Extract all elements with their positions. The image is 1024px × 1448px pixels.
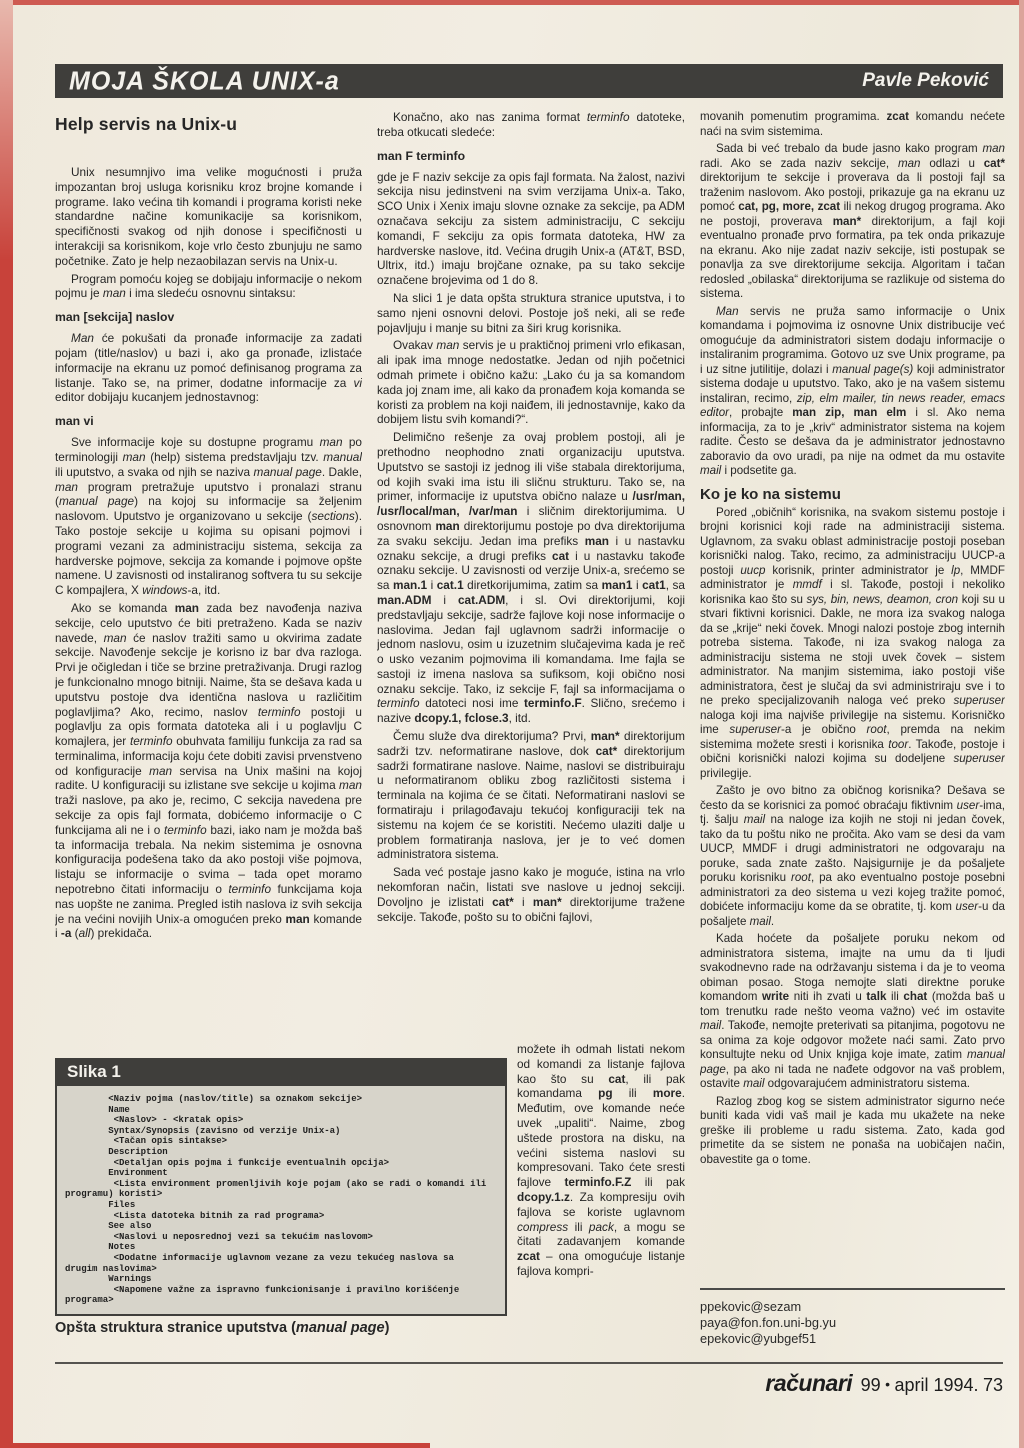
article-title: Help servis na Unix-u	[55, 114, 362, 135]
paragraph: gde je F naziv sekcije za opis fajl form…	[377, 170, 685, 288]
paragraph: Na slici 1 je data opšta struktura stran…	[377, 291, 685, 335]
magazine-name: računari	[765, 1370, 852, 1396]
paragraph: Pored „običnih“ korisnika, na svakom sis…	[700, 506, 1005, 782]
column-right: movanih pomenutim programima. zcat koman…	[700, 110, 1005, 1288]
contact-email: paya@fon.fon.uni-bg.yu	[700, 1315, 1005, 1331]
command-line: man vi	[55, 414, 362, 428]
contact-email: ppekovic@sezam	[700, 1299, 1005, 1315]
command-line: man F terminfo	[377, 149, 685, 163]
paragraph: Sada bi već trebalo da bude jasno kako p…	[700, 142, 1005, 302]
paragraph: Opšta struktura stranice uputstva (manua…	[55, 1320, 555, 1337]
page-edge-right	[1019, 0, 1024, 1448]
issue-number: 99	[861, 1375, 881, 1395]
page-edge-left	[0, 0, 13, 1448]
author-contacts: ppekovic@sezampaya@fon.fon.uni-bg.yuepek…	[700, 1288, 1005, 1347]
paragraph: Unix nesumnjivo ima velike mogućnosti i …	[55, 165, 362, 269]
command-line: man [sekcija] naslov	[55, 310, 362, 324]
contact-email: epekovic@yubgef51	[700, 1331, 1005, 1347]
page-edge-bottom	[0, 1443, 430, 1448]
paragraph: Ovakav man servis je u praktičnoj primen…	[377, 338, 685, 427]
figure-label: Slika 1	[55, 1058, 507, 1086]
contact-email-list: ppekovic@sezampaya@fon.fon.uni-bg.yuepek…	[700, 1299, 1005, 1347]
bullet-separator: •	[885, 1376, 890, 1392]
paragraph: Čemu služe dva direktorijuma? Prvi, man*…	[377, 729, 685, 862]
author-name: Pavle Peković	[862, 70, 989, 92]
figure-slika-1: Slika 1 <Naziv pojma (naslov/title) sa o…	[55, 1058, 507, 1316]
page-footer: računari 99 • april 1994. 73	[55, 1370, 1003, 1397]
paragraph: Man servis ne pruža samo informacije o U…	[700, 305, 1005, 479]
paragraph: Man će pokušati da pronađe informacije z…	[55, 331, 362, 405]
paragraph: Kada hoćete da pošaljete poruku nekom od…	[700, 932, 1005, 1092]
paragraph: movanih pomenutim programima. zcat koman…	[700, 110, 1005, 139]
paragraph: Sve informacije koje su dostupne program…	[55, 435, 362, 598]
page-number: 73	[983, 1375, 1003, 1395]
paragraph: Program pomoću kojeg se dobijaju informa…	[55, 272, 362, 302]
paragraph: Sada već postaje jasno kako je moguće, i…	[377, 865, 685, 924]
column-middle: Konačno, ako nas zanima format terminfo …	[377, 110, 685, 1042]
paragraph: možete ih odmah listati nekom od komandi…	[517, 1042, 685, 1279]
figure-code: <Naziv pojma (naslov/title) sa oznakom s…	[55, 1086, 507, 1316]
section-heading: Ko je ko na sistemu	[700, 486, 1005, 503]
paragraph: Ako se komanda man zada bez navođenja na…	[55, 601, 362, 941]
issue-date: april 1994.	[894, 1375, 978, 1395]
contacts-divider	[700, 1288, 1005, 1290]
paragraph: Konačno, ako nas zanima format terminfo …	[377, 110, 685, 140]
series-title: MOJA ŠKOLA UNIX-a	[69, 66, 340, 96]
paragraph: Delimično rešenje za ovaj problem postoj…	[377, 430, 685, 726]
paragraph: Zašto je ovo bitno za običnog korisnika?…	[700, 784, 1005, 929]
column-left: Help servis na Unix-uUnix nesumnjivo ima…	[55, 112, 362, 1056]
figure-caption: Opšta struktura stranice uputstva (manua…	[55, 1320, 555, 1337]
paragraph: Razlog zbog kog se sistem administrator …	[700, 1095, 1005, 1168]
section-header-bar: MOJA ŠKOLA UNIX-a Pavle Peković	[55, 64, 1003, 98]
footer-divider	[55, 1362, 1003, 1364]
magazine-page: MOJA ŠKOLA UNIX-a Pavle Peković Help ser…	[0, 0, 1024, 1448]
page-edge-top	[13, 0, 1024, 5]
